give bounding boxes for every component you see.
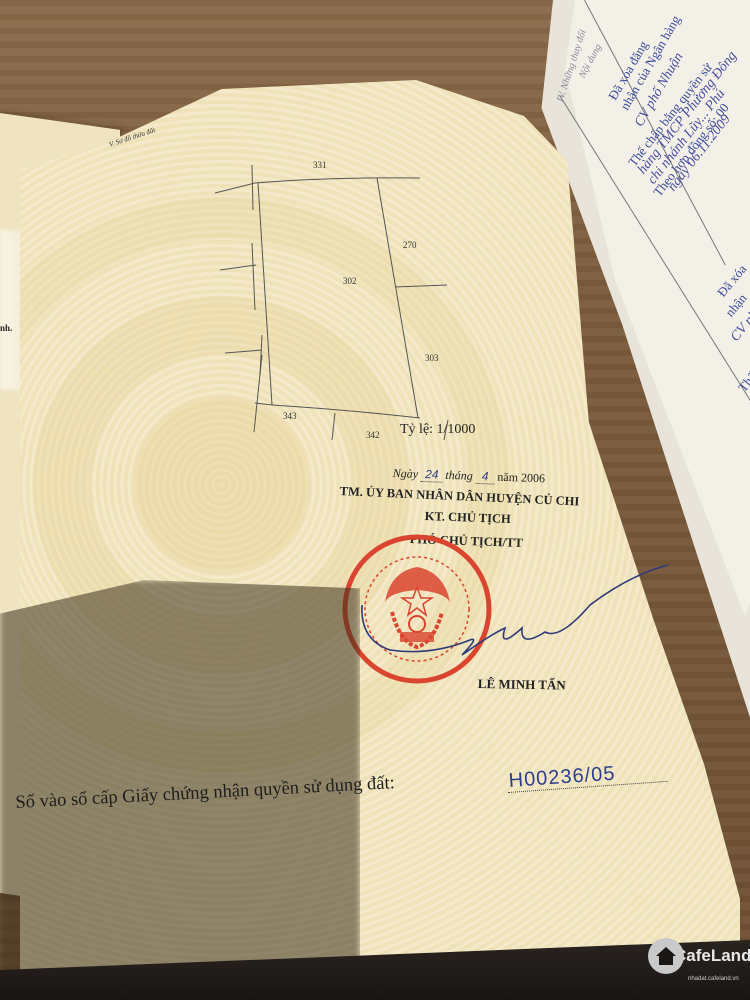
watermark-brand: CafeLand [674, 946, 750, 966]
signer-name: LÊ MINH TẤN [478, 676, 566, 694]
cafeland-watermark: CafeLand [648, 938, 750, 974]
house-body-shape [659, 955, 673, 965]
house-circle-icon [648, 938, 684, 974]
watermark-url: nhadat.cafeland.vn [688, 976, 739, 982]
